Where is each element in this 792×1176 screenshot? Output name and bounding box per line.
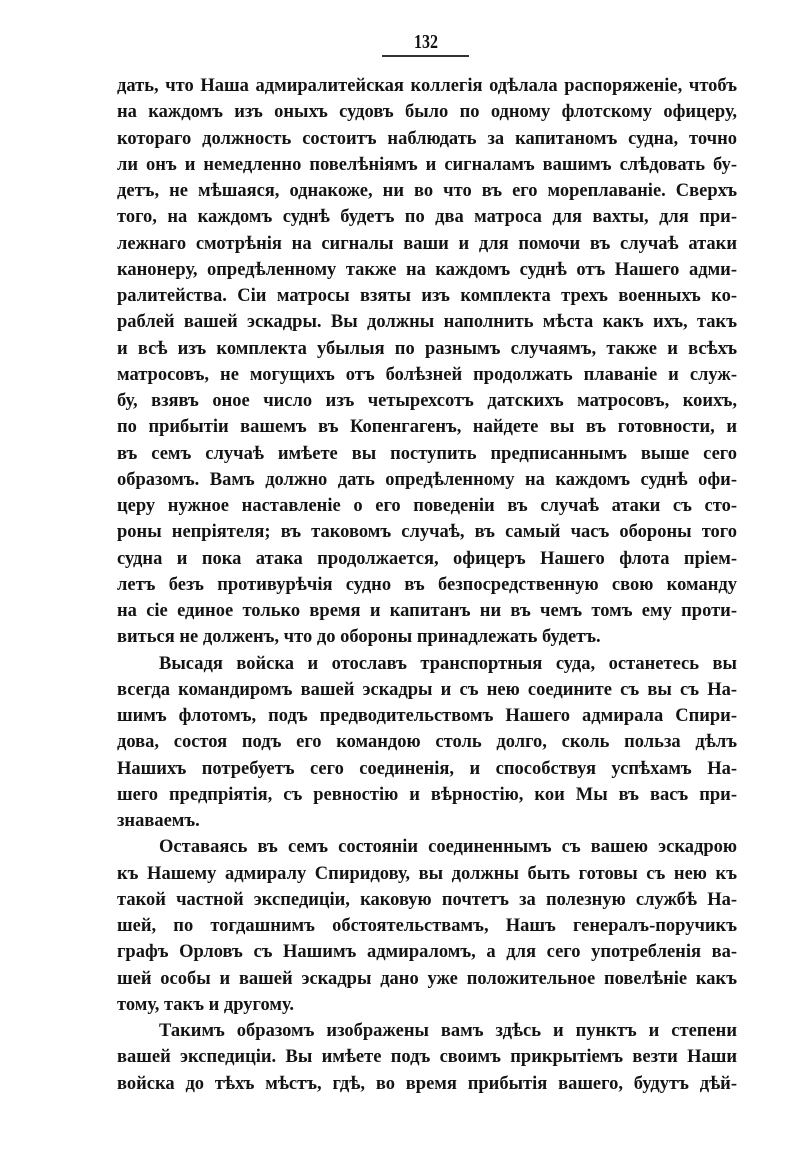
text-line: шего предпріятія, съ ревностію и вѣрност… — [117, 782, 737, 808]
text-line: летъ безъ противурѣчія судно въ безпосре… — [117, 572, 737, 598]
paragraph: дать, что Наша адмиралитейская коллегія … — [117, 73, 737, 651]
text-line: шей, по тогдашнимъ обстоятельствамъ, Наш… — [117, 913, 737, 939]
text-line: ли онъ и немедленно повелѣніямъ и сигнал… — [117, 152, 737, 178]
text-line: шимъ флотомъ, подъ предводительствомъ На… — [117, 703, 737, 729]
text-line: къ Нашему адмиралу Спиридову, вы должны … — [117, 861, 737, 887]
text-line: детъ, не мѣшаяся, однакоже, ни во что въ… — [117, 178, 737, 204]
text-line: Высадя войска и отославъ транспортныя су… — [117, 651, 737, 677]
text-line: виться не долженъ, что до обороны принад… — [117, 624, 737, 650]
text-line: вашей экспедиціи. Вы имѣете подъ своимъ … — [117, 1044, 737, 1070]
text-line: дова, состоя подъ его командою столь дол… — [117, 729, 737, 755]
text-line: въ семъ случаѣ имѣете вы поступить предп… — [117, 441, 737, 467]
text-line: Оставаясь въ семъ состояніи соединеннымъ… — [117, 834, 737, 860]
text-line: ралитейства. Сіи матросы взяты изъ компл… — [117, 283, 737, 309]
text-line: матросовъ, не могущихъ отъ болѣзней прод… — [117, 362, 737, 388]
text-line: шей особы и вашей эскадры дано уже полож… — [117, 966, 737, 992]
body-text: дать, что Наша адмиралитейская коллегія … — [117, 73, 737, 1097]
text-line: того, на каждомъ суднѣ будетъ по два мат… — [117, 204, 737, 230]
text-line: знаваемъ. — [117, 808, 737, 834]
text-line: Нашихъ потребуетъ сего соединенія, и спо… — [117, 756, 737, 782]
text-line: на каждомъ изъ оныхъ судовъ было по одно… — [117, 99, 737, 125]
text-line: раблей вашей эскадры. Вы должны наполнит… — [117, 309, 737, 335]
text-line: котораго должность состоитъ наблюдать за… — [117, 126, 737, 152]
document-page: 132 дать, что Наша адмиралитейская колле… — [0, 0, 792, 1176]
text-line: образомъ. Вамъ должно дать опредѣленному… — [117, 467, 737, 493]
text-line: войска до тѣхъ мѣстъ, гдѣ, во время приб… — [117, 1071, 737, 1097]
text-line: на сіе единое только время и капитанъ ни… — [117, 598, 737, 624]
text-line: Такимъ образомъ изображены вамъ здѣсь и … — [117, 1018, 737, 1044]
paragraph: Высадя войска и отославъ транспортныя су… — [117, 651, 737, 835]
text-line: лежнаго смотрѣнія на сигналы ваши и для … — [117, 231, 737, 257]
text-line: бу, взявъ оное число изъ четырехсотъ дат… — [117, 388, 737, 414]
paragraph: Такимъ образомъ изображены вамъ здѣсь и … — [117, 1018, 737, 1097]
text-line: графъ Орловъ съ Нашимъ адмираломъ, а для… — [117, 939, 737, 965]
text-line: роны непріятеля; въ таковомъ случаѣ, въ … — [117, 519, 737, 545]
text-line: церу нужное наставленіе о его поведеніи … — [117, 493, 737, 519]
page-number: 132 — [391, 32, 461, 52]
page-number-rule — [382, 55, 469, 57]
text-line: и всѣ изъ комплекта убылыя по разнымъ сл… — [117, 336, 737, 362]
text-line: тому, такъ и другому. — [117, 992, 737, 1018]
text-line: судна и пока атака продолжается, офицеръ… — [117, 546, 737, 572]
text-line: по прибытіи вашемъ въ Копенгагенъ, найде… — [117, 414, 737, 440]
text-line: канонеру, опредѣленному также на каждомъ… — [117, 257, 737, 283]
paragraph: Оставаясь въ семъ состояніи соединеннымъ… — [117, 834, 737, 1018]
text-line: такой частной экспедиціи, каковую почтет… — [117, 887, 737, 913]
text-line: всегда командиромъ вашей эскадры и съ не… — [117, 677, 737, 703]
text-line: дать, что Наша адмиралитейская коллегія … — [117, 73, 737, 99]
